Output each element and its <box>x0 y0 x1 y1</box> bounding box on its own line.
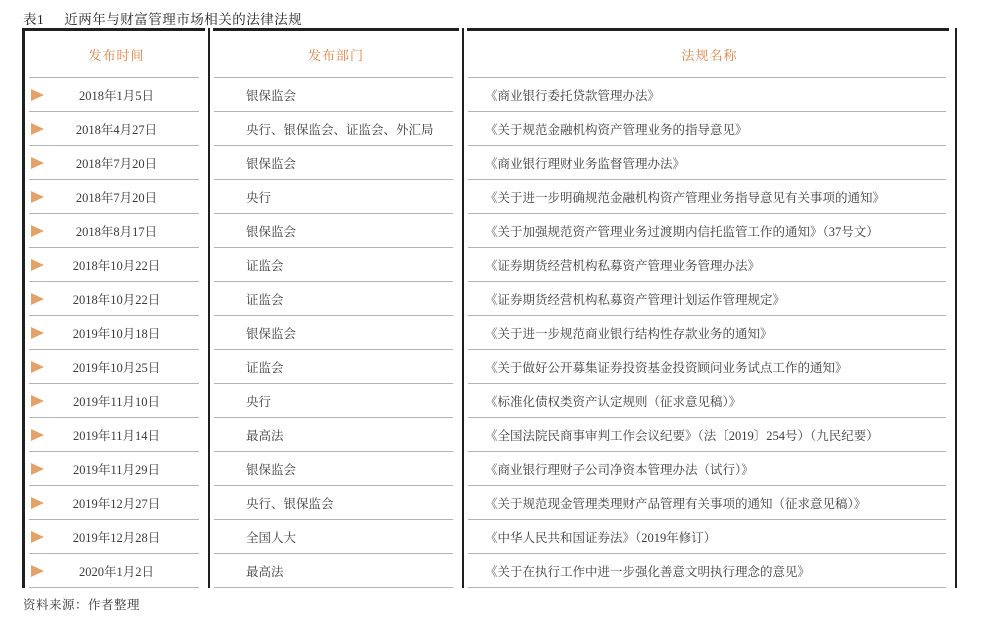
regulation-name-cell: 《商业银行委托贷款管理办法》 <box>464 78 955 112</box>
regulation-name-cell: 《关于进一步规范商业银行结构性存款业务的通知》 <box>464 316 955 350</box>
column-regulation-name: 法规名称 《商业银行委托贷款管理办法》《关于规范金融机构资产管理业务的指导意见》… <box>464 28 955 588</box>
triangle-right-icon <box>31 395 44 407</box>
dept-cell: 银保监会 <box>210 214 462 248</box>
date-cell: 2018年7月20日 <box>25 180 208 214</box>
table-title: 表1近两年与财富管理市场相关的法律法规 <box>23 8 302 28</box>
column-publish-dept: 发布部门 银保监会央行、银保监会、证监会、外汇局银保监会央行银保监会证监会证监会… <box>210 28 462 588</box>
column-header-publish-dept: 发布部门 <box>210 31 462 78</box>
column-publish-date: 发布时间 2018年1月5日2018年4月27日2018年7月20日2018年7… <box>25 28 208 588</box>
triangle-right-icon <box>31 225 44 237</box>
dept-cell: 全国人大 <box>210 520 462 554</box>
publish-date-text: 2020年1月2日 <box>79 562 154 580</box>
regulation-name-cell: 《商业银行理财子公司净资本管理办法（试行）》 <box>464 452 955 486</box>
dept-cell: 央行 <box>210 180 462 214</box>
dept-cell: 银保监会 <box>210 78 462 112</box>
publish-date-text: 2018年10月22日 <box>73 256 161 274</box>
publish-date-text: 2018年7月20日 <box>76 154 157 172</box>
dept-cell: 银保监会 <box>210 452 462 486</box>
regulation-name-cell: 《商业银行理财业务监督管理办法》 <box>464 146 955 180</box>
dept-cell: 证监会 <box>210 282 462 316</box>
publish-date-text: 2019年11月14日 <box>73 426 160 444</box>
regulation-name-cell: 《标准化债权类资产认定规则（征求意见稿）》 <box>464 384 955 418</box>
publish-date-text: 2018年8月17日 <box>76 222 157 240</box>
triangle-right-icon <box>31 191 44 203</box>
regulation-name-cell: 《关于加强规范资产管理业务过渡期内信托监管工作的通知》（37号文） <box>464 214 955 248</box>
regulation-name-cell: 《关于进一步明确规范金融机构资产管理业务指导意见有关事项的通知》 <box>464 180 955 214</box>
date-cell: 2019年11月10日 <box>25 384 208 418</box>
date-cells: 2018年1月5日2018年4月27日2018年7月20日2018年7月20日2… <box>25 78 208 588</box>
regulation-name-cell: 《证券期货经营机构私募资产管理业务管理办法》 <box>464 248 955 282</box>
regulation-name-cell: 《关于做好公开募集证券投资基金投资顾问业务试点工作的通知》 <box>464 350 955 384</box>
publish-date-text: 2019年12月27日 <box>73 494 161 512</box>
column-header-publish-date: 发布时间 <box>25 31 208 78</box>
triangle-right-icon <box>31 259 44 271</box>
triangle-right-icon <box>31 327 44 339</box>
dept-cell: 央行、银保监会 <box>210 486 462 520</box>
dept-cell: 最高法 <box>210 554 462 588</box>
triangle-right-icon <box>31 531 44 543</box>
date-cell: 2018年8月17日 <box>25 214 208 248</box>
publish-date-text: 2019年10月18日 <box>73 324 161 342</box>
publish-date-text: 2018年7月20日 <box>76 188 157 206</box>
dept-cell: 银保监会 <box>210 316 462 350</box>
regulations-table: 发布时间 2018年1月5日2018年4月27日2018年7月20日2018年7… <box>22 28 957 588</box>
date-cell: 2018年10月22日 <box>25 282 208 316</box>
regulation-name-cell: 《关于规范金融机构资产管理业务的指导意见》 <box>464 112 955 146</box>
triangle-right-icon <box>31 123 44 135</box>
publish-date-text: 2018年1月5日 <box>79 86 154 104</box>
dept-cell: 央行 <box>210 384 462 418</box>
regulation-name-cell: 《关于在执行工作中进一步强化善意文明执行理念的意见》 <box>464 554 955 588</box>
publish-date-text: 2019年11月29日 <box>73 460 160 478</box>
date-cell: 2019年12月27日 <box>25 486 208 520</box>
table-title-text: 近两年与财富管理市场相关的法律法规 <box>64 12 302 27</box>
publish-date-text: 2019年10月25日 <box>73 358 161 376</box>
dept-cell: 央行、银保监会、证监会、外汇局 <box>210 112 462 146</box>
date-cell: 2020年1月2日 <box>25 554 208 588</box>
regulation-name-cell: 《关于规范现金管理类理财产品管理有关事项的通知（征求意见稿）》 <box>464 486 955 520</box>
triangle-right-icon <box>31 497 44 509</box>
publish-date-text: 2018年4月27日 <box>76 120 157 138</box>
table-number-label: 表1 <box>23 12 44 27</box>
publish-date-text: 2018年10月22日 <box>73 290 161 308</box>
regulation-name-cell: 《中华人民共和国证券法》（2019年修订） <box>464 520 955 554</box>
triangle-right-icon <box>31 565 44 577</box>
date-cell: 2018年7月20日 <box>25 146 208 180</box>
date-cell: 2019年11月14日 <box>25 418 208 452</box>
dept-cell: 银保监会 <box>210 146 462 180</box>
dept-cell: 证监会 <box>210 248 462 282</box>
dept-cells: 银保监会央行、银保监会、证监会、外汇局银保监会央行银保监会证监会证监会银保监会证… <box>210 78 462 588</box>
triangle-right-icon <box>31 463 44 475</box>
date-cell: 2019年10月25日 <box>25 350 208 384</box>
dept-cell: 最高法 <box>210 418 462 452</box>
regulation-name-cell: 《证券期货经营机构私募资产管理计划运作管理规定》 <box>464 282 955 316</box>
triangle-right-icon <box>31 361 44 373</box>
date-cell: 2018年10月22日 <box>25 248 208 282</box>
date-cell: 2018年1月5日 <box>25 78 208 112</box>
data-source-note: 资料来源：作者整理 <box>23 595 140 613</box>
date-cell: 2018年4月27日 <box>25 112 208 146</box>
triangle-right-icon <box>31 89 44 101</box>
triangle-right-icon <box>31 293 44 305</box>
triangle-right-icon <box>31 157 44 169</box>
date-cell: 2019年12月28日 <box>25 520 208 554</box>
column-header-regulation-name: 法规名称 <box>464 31 955 78</box>
date-cell: 2019年11月29日 <box>25 452 208 486</box>
publish-date-text: 2019年11月10日 <box>73 392 160 410</box>
regulation-name-cell: 《全国法院民商事审判工作会议纪要》（法〔2019〕254号）（九民纪要） <box>464 418 955 452</box>
date-cell: 2019年10月18日 <box>25 316 208 350</box>
dept-cell: 证监会 <box>210 350 462 384</box>
name-cells: 《商业银行委托贷款管理办法》《关于规范金融机构资产管理业务的指导意见》《商业银行… <box>464 78 955 588</box>
triangle-right-icon <box>31 429 44 441</box>
publish-date-text: 2019年12月28日 <box>73 528 161 546</box>
